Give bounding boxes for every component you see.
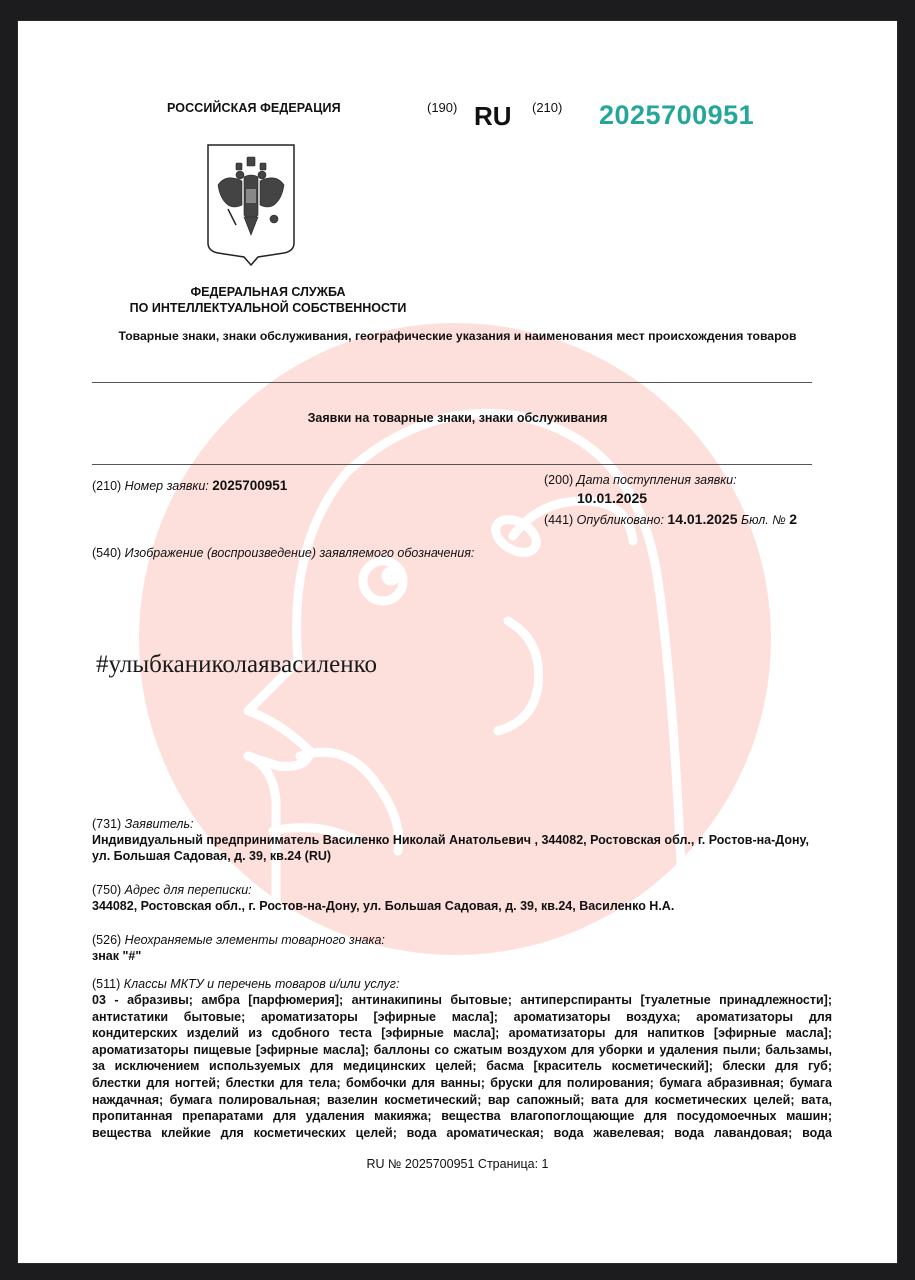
goods-line: вещества клейкие для косметических целей…: [92, 1125, 832, 1142]
section-title: Заявки на товарные знаки, знаки обслужив…: [18, 411, 897, 425]
divider-top: [92, 382, 812, 383]
agency-line-1: ФЕДЕРАЛЬНАЯ СЛУЖБА: [98, 284, 438, 300]
image-field-label: (540) Изображение (воспроизведение) заяв…: [92, 545, 474, 561]
agency-name: ФЕДЕРАЛЬНАЯ СЛУЖБА ПО ИНТЕЛЛЕКТУАЛЬНОЙ С…: [98, 284, 438, 316]
filing-date-value: 10.01.2025: [577, 490, 647, 506]
applicant-line-1: Индивидуальный предприниматель Василенко…: [92, 832, 832, 848]
code-210: (210): [532, 100, 562, 115]
unprotected-elements-section: (526) Неохраняемые элементы товарного зн…: [92, 932, 832, 964]
goods-line: пропитанная препаратами для удаления мак…: [92, 1108, 832, 1125]
correspondence-address: 344082, Ростовская обл., г. Ростов-на-До…: [92, 898, 832, 914]
code-190: (190): [427, 100, 457, 115]
russian-coat-of-arms-icon: [206, 143, 296, 267]
goods-line: антистатики бытовые; ароматизаторы [эфир…: [92, 1009, 832, 1026]
goods-line: 03 - абразивы; амбра [парфюмерия]; антин…: [92, 992, 832, 1009]
country-code: RU: [474, 101, 512, 132]
applicant-line-2: ул. Большая Садовая, д. 39, кв.24 (RU): [92, 848, 832, 864]
divider-bottom: [92, 464, 812, 465]
document-subtitle: Товарные знаки, знаки обслуживания, геог…: [18, 329, 897, 343]
goods-line: блестки для ногтей; блестки для тела; бо…: [92, 1075, 832, 1092]
country-name: РОССИЙСКАЯ ФЕДЕРАЦИЯ: [167, 101, 341, 115]
goods-line: наждачная; бумага полировальная; вазелин…: [92, 1092, 832, 1109]
registration-number: 2025700951: [599, 100, 754, 131]
page-footer: RU № 2025700951 Страница: 1: [18, 1157, 897, 1171]
goods-line: ароматизаторы пищевые [эфирные масла]; б…: [92, 1042, 832, 1059]
application-number: (210) Номер заявки: 2025700951: [92, 478, 287, 494]
trademark-text: #улыбканиколаявасиленко: [96, 651, 377, 679]
goods-line: кондитерских изделий из сдобного теста […: [92, 1025, 832, 1042]
goods-list: 03 - абразивы; амбра [парфюмерия]; антин…: [92, 992, 832, 1141]
applicant-section: (731) Заявитель: Индивидуальный предприн…: [92, 816, 832, 864]
correspondence-section: (750) Адрес для переписки: 344082, Росто…: [92, 882, 832, 914]
agency-line-2: ПО ИНТЕЛЛЕКТУАЛЬНОЙ СОБСТВЕННОСТИ: [98, 300, 438, 316]
filing-date: (200) Дата поступления заявки:: [544, 472, 737, 488]
document-page: РОССИЙСКАЯ ФЕДЕРАЦИЯ (190) RU (210) 2025…: [18, 21, 897, 1263]
publication-info: (441) Опубликовано: 14.01.2025 Бюл. № 2: [544, 511, 797, 528]
goods-line: за исключением используемых для медицинс…: [92, 1058, 832, 1075]
classes-label: (511) Классы МКТУ и перечень товаров и/и…: [92, 976, 832, 992]
unprotected-elements-value: знак "#": [92, 948, 832, 964]
